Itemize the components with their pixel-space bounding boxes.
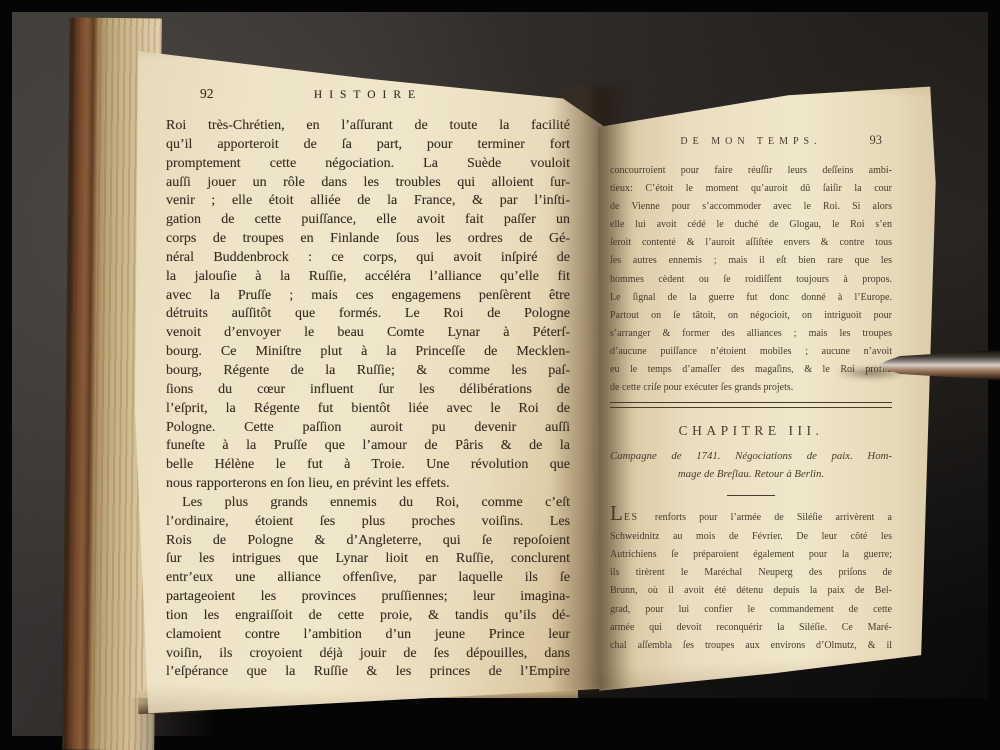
right-running-head: DE MON TEMPS. 93	[610, 133, 892, 153]
text-line: ſions du cœur influent ſur les délibérat…	[166, 381, 570, 400]
chapter-heading: CHAPITRE III.	[610, 423, 892, 439]
text-line: avec la Pruſſe ; mais ces engagemens pen…	[166, 287, 570, 306]
text-line: corps de troupes en Finlande ſous les or…	[166, 230, 570, 249]
text-line: entr’eux une alliance offenſive, par laq…	[166, 569, 570, 588]
right-page-paragraph-2-lines: Schweidnitz au mois de Février. De leur …	[610, 528, 892, 656]
text-line: funeſte à la Pruſſe que l’amour de Pâris…	[166, 437, 570, 456]
text-line: la jalouſie à la Ruſſie, accéléra l’alli…	[166, 268, 570, 287]
first-line-text: renforts pour l’armée de Siléſie arrivèr…	[655, 512, 892, 523]
chapter-subtitle: Campagne de 1741. Négociations de paix. …	[610, 448, 892, 483]
page-number-right: 93	[832, 133, 882, 148]
text-line: l’eſprit, la Régente fut bientôt liée av…	[166, 400, 570, 419]
text-line: venir ; elle étoit alliée de la France, …	[166, 192, 570, 211]
double-rule-divider	[610, 402, 892, 408]
text-line: auſſi jouer un rôle dans les troubles qu…	[166, 174, 570, 193]
right-page-paragraph-2: LES renforts pour l’armée de Siléſie arr…	[610, 509, 892, 655]
text-line: de Vienne pour s’accommoder avec le Roi.…	[610, 198, 892, 216]
text-line: LES renforts pour l’armée de Siléſie arr…	[610, 509, 892, 527]
right-page-text: DE MON TEMPS. 93 concourroient pour fair…	[610, 133, 892, 656]
text-line: grad, pour lui confier le commandement d…	[610, 601, 892, 619]
text-line: ſeroit contenté & l’auroit aſſiſtée enve…	[610, 234, 892, 252]
text-line: Roi très-Chrétien, en l’aſſurant de tout…	[166, 117, 570, 136]
text-line: gation de cette puiſſance, elle avoit fa…	[166, 211, 570, 230]
text-line: d’aucune puiſſance n’étoient mobiles ; a…	[610, 343, 892, 361]
left-page-body: Roi très-Chrétien, en l’aſſurant de tout…	[166, 117, 570, 682]
text-line: nous rapporterons en ſon lieu, en prévin…	[166, 475, 570, 494]
text-line: bourg. Ce Miniſtre plut à la Princeſſe d…	[166, 343, 570, 362]
text-line: voiſin, ils croyoient déjà jouir de ſes …	[166, 645, 570, 664]
running-header-right: DE MON TEMPS.	[670, 136, 832, 147]
text-line: Autrichiens ſe préparoient également pou…	[610, 546, 892, 564]
text-line: tion les engraiſſoit de cette proie, & t…	[166, 607, 570, 626]
text-line: elle lui avoit cédé le duché de Glogau, …	[610, 216, 892, 234]
text-line: ſur les intrigues que Lynar lioit en Ruſ…	[166, 550, 570, 569]
text-line: venoit d’envoyer le beau Comte Lynar à P…	[166, 324, 570, 343]
text-line: Campagne de 1741. Négociations de paix. …	[610, 448, 892, 466]
short-rule-divider	[727, 495, 775, 496]
text-line: bourg, Régente de la Ruſſie; & comme les…	[166, 362, 570, 381]
text-line: concourroient pour faire réuſſir leurs d…	[610, 162, 892, 180]
text-line: Rois de Pologne & d’Angleterre, qui ſe r…	[166, 532, 570, 551]
text-line: partageoient les provinces pruſſiennes; …	[166, 588, 570, 607]
initial-caps: ES	[624, 512, 639, 523]
photo-of-open-book: 92 HISTOIRE Roi très-Chrétien, en l’aſſu…	[0, 0, 1000, 750]
text-line: de cette criſe pour exécuter ſes grands …	[610, 379, 892, 397]
text-line: mage de Breſlau. Retour à Berlin.	[610, 466, 892, 484]
text-line: l’ordinaire, étoient ſes plus proches vo…	[166, 513, 570, 532]
text-line: Partout on ſe tâtoit, on négocioit, on i…	[610, 307, 892, 325]
running-header-left: HISTOIRE	[226, 89, 510, 101]
right-page-paragraph-1: concourroient pour faire réuſſir leurs d…	[610, 162, 892, 397]
text-line: Le ſignal de la guerre fut donc donné à …	[610, 289, 892, 307]
text-line: détruits auſſitôt que formés. Le Roi de …	[166, 305, 570, 324]
text-line: armée qui devoit reconquérir la Siléſie.…	[610, 619, 892, 637]
left-running-head: 92 HISTOIRE	[166, 86, 570, 110]
text-line: clamoient contre l’ambition d’un jeune P…	[166, 626, 570, 645]
text-line: belle Hélène le fut à Troie. Une révolut…	[166, 456, 570, 475]
text-line: l’eſpérance que la Ruſſie & les princes …	[166, 663, 570, 682]
text-line: s’arranger & former des alliances ; mais…	[610, 325, 892, 343]
text-line: néral Buddenbrock : ce corps, qui avoit …	[166, 249, 570, 268]
text-line: chal aſſembla ſes troupes aux environs d…	[610, 637, 892, 655]
text-line: ils tirèrent le Maréchal Neuperg des pri…	[610, 564, 892, 582]
page-number-left: 92	[200, 86, 226, 102]
text-line: promptement cette négociation. La Suède …	[166, 155, 570, 174]
left-page-text: 92 HISTOIRE Roi très-Chrétien, en l’aſſu…	[166, 86, 570, 682]
text-line: qu’il apporteroit de ſa part, pour termi…	[166, 136, 570, 155]
text-line: ſes autres ennemis ; mais il eſt bien ra…	[610, 252, 892, 270]
text-line: Schweidnitz au mois de Février. De leur …	[610, 528, 892, 546]
text-line: Brunn, où il avoit été détenu depuis la …	[610, 582, 892, 600]
drop-initial: L	[610, 501, 624, 525]
text-line: Les plus grands ennemis du Roi, comme c’…	[166, 494, 570, 513]
text-line: hommes cèdent ou ſe roidiſſent toujours …	[610, 271, 892, 289]
text-line: tieux: C’étoit le moment qu’auroit dû ſa…	[610, 180, 892, 198]
text-line: Pologne. Cette paſſion auroit pu devenir…	[166, 419, 570, 438]
